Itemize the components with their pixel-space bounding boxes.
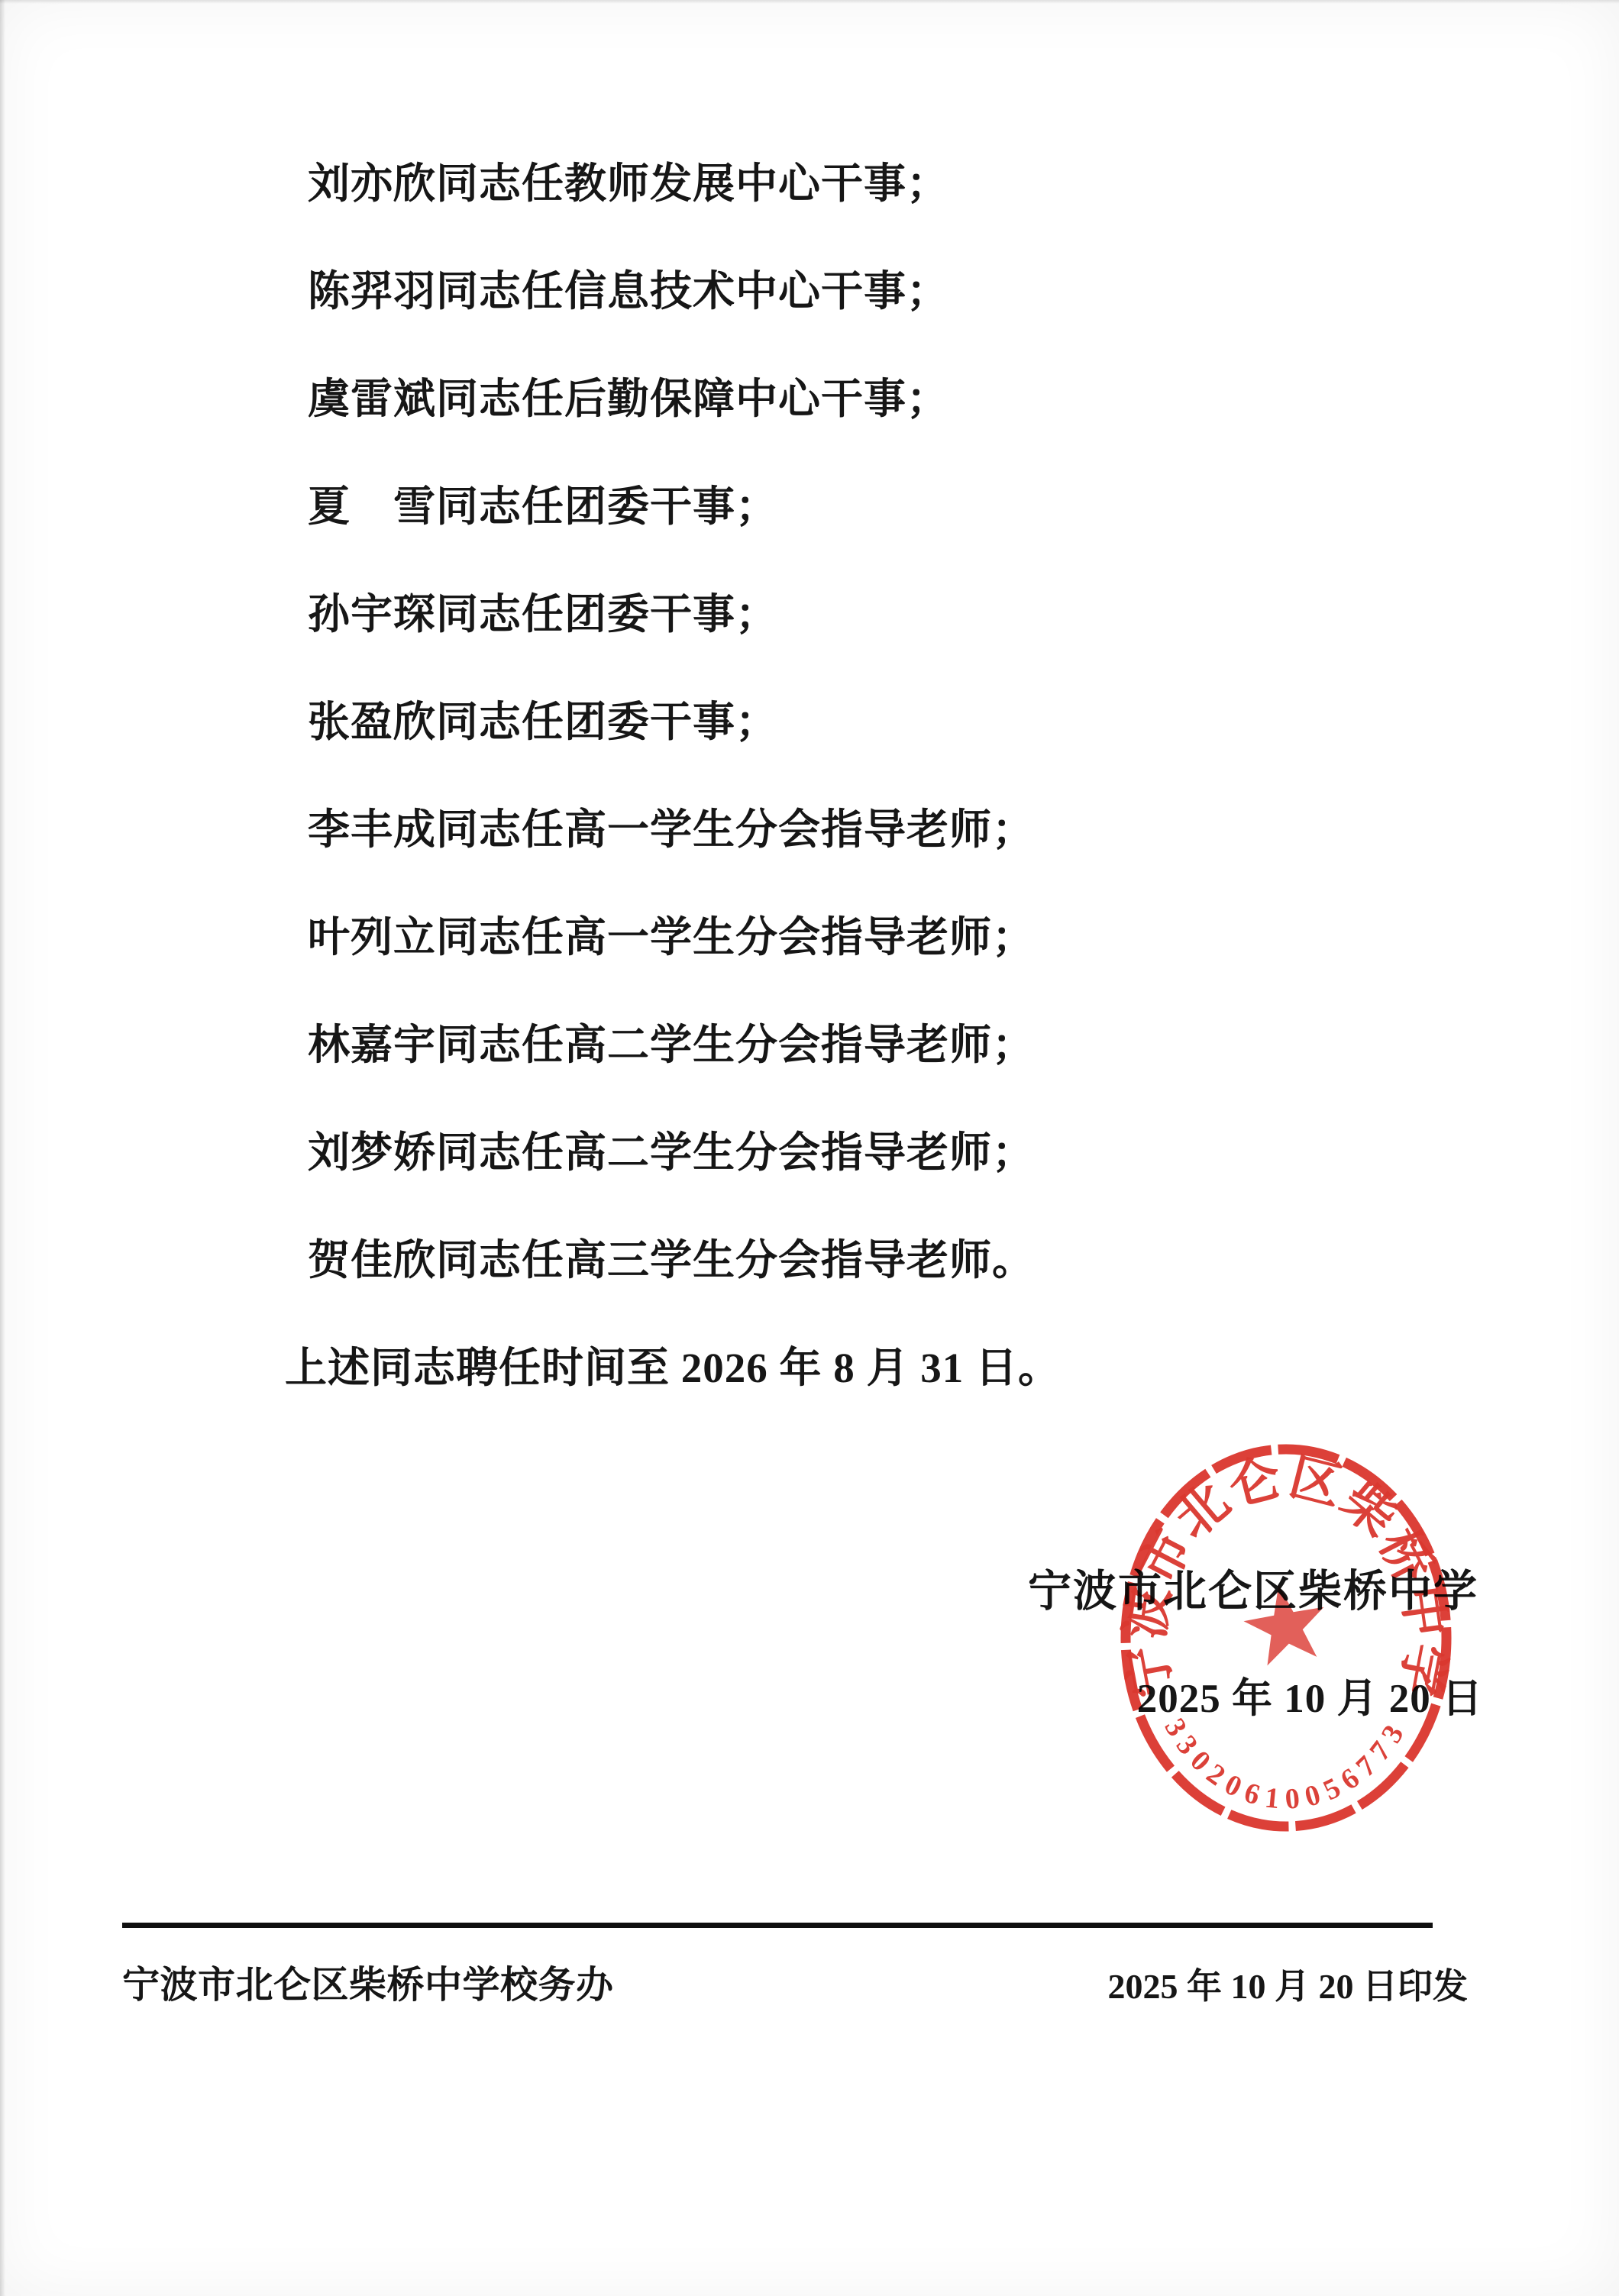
official-seal: 宁波市北仑区柴桥中学 33020610056773 xyxy=(1109,1430,1463,1846)
appointment-line: 刘梦娇同志任高二学生分会指导老师； xyxy=(224,1099,1476,1206)
appointment-line: 刘亦欣同志任教师发展中心干事； xyxy=(224,130,1476,237)
appointment-line: 贺佳欣同志任高三学生分会指导老师。 xyxy=(224,1206,1476,1314)
appointment-list: 刘亦欣同志任教师发展中心干事；陈羿羽同志任信息技术中心干事；虞雷斌同志任后勤保障… xyxy=(224,130,1476,1314)
appointment-line: 孙宇琛同志任团委干事； xyxy=(224,560,1476,668)
appointment-line: 林嘉宇同志任高二学生分会指导老师； xyxy=(224,991,1476,1099)
footer-rule xyxy=(122,1923,1433,1928)
appointment-line: 李丰成同志任高一学生分会指导老师； xyxy=(224,776,1476,883)
appointment-line: 张盈欣同志任团委干事； xyxy=(224,668,1476,776)
document-page: 刘亦欣同志任教师发展中心干事；陈羿羽同志任信息技术中心干事；虞雷斌同志任后勤保障… xyxy=(0,0,1619,2296)
seal-arc-text: 宁波市北仑区柴桥中学 xyxy=(1117,1449,1455,1701)
footer-issuer: 宁波市北仑区柴桥中学校务办 xyxy=(122,1962,614,2008)
closing-line: 上述同志聘任时间至 2026 年 8 月 31 日。 xyxy=(224,1314,1476,1422)
footer-print-date: 2025 年 10 月 20 日印发 xyxy=(1108,1965,1469,2008)
appointment-line: 陈羿羽同志任信息技术中心干事； xyxy=(224,237,1476,345)
appointment-line: 虞雷斌同志任后勤保障中心干事； xyxy=(224,345,1476,453)
appointment-line: 夏 雪同志任团委干事； xyxy=(224,453,1476,560)
appointment-line: 叶列立同志任高一学生分会指导老师； xyxy=(224,883,1476,991)
seal-star xyxy=(1239,1578,1333,1668)
